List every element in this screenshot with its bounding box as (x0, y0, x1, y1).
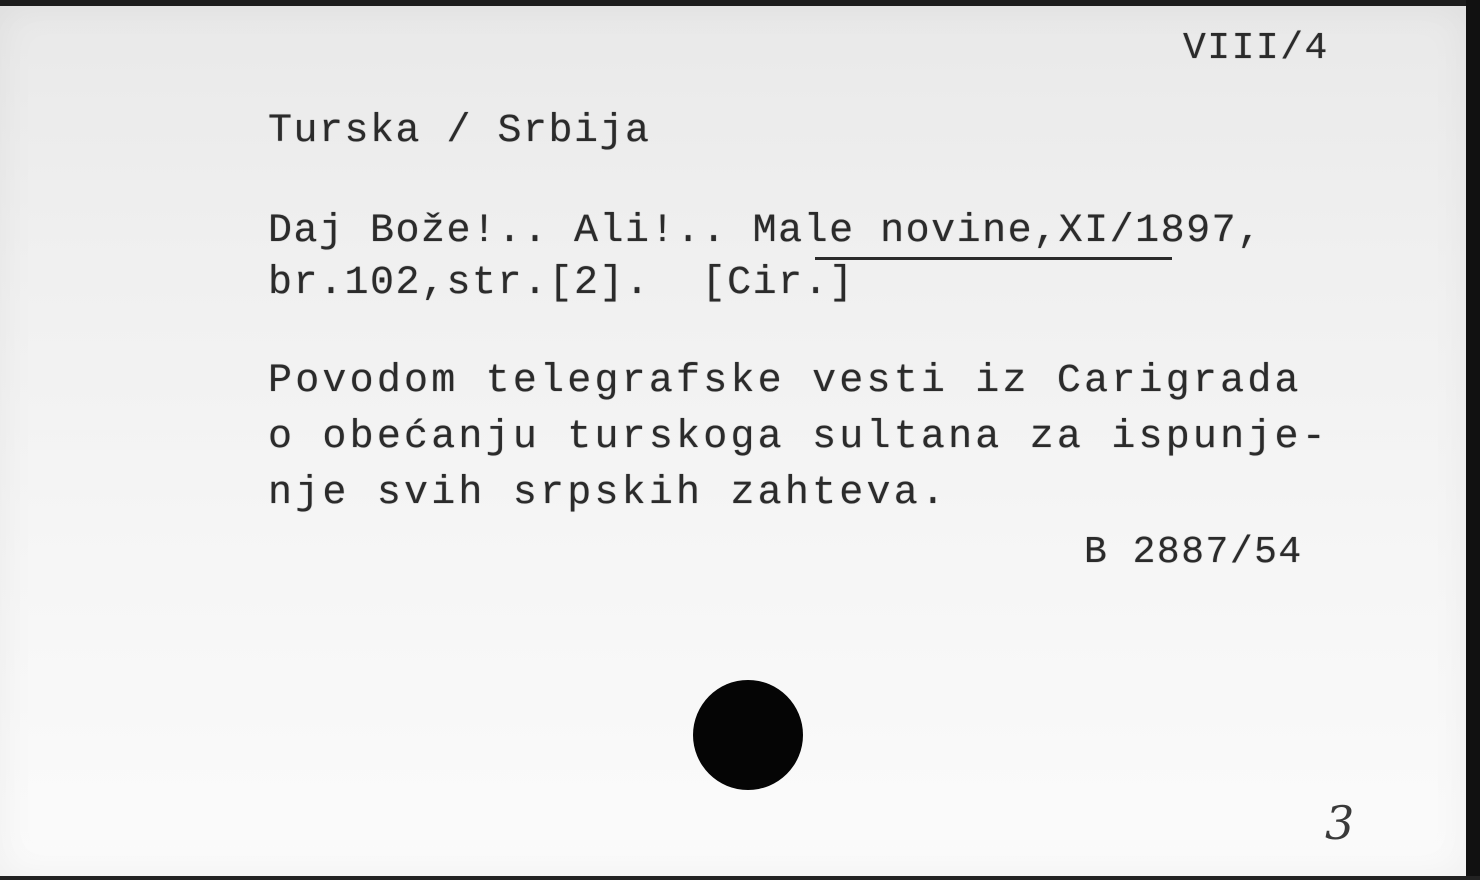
citation-line-2: br.102,str.[2]. [Cir.] (268, 264, 855, 304)
card-bottom-edge (0, 876, 1480, 880)
handwritten-card-number: 3 (1325, 800, 1354, 846)
punch-hole (693, 680, 803, 790)
title-underline (815, 257, 1172, 260)
card-right-edge (1466, 0, 1480, 880)
annotation-line-3: nje svih srpskih zahteva. (268, 474, 948, 514)
annotation-line-2: o obećanju turskoga sultana za ispunje- (268, 418, 1329, 458)
annotation-line-1: Povodom telegrafske vesti iz Carigrada (268, 362, 1302, 402)
call-number: VIII/4 (1183, 30, 1329, 68)
citation-line-1: Daj Bože!.. Ali!.. Male novine,XI/1897, (268, 212, 1263, 252)
subject-heading: Turska / Srbija (268, 112, 651, 152)
accession-number: B 2887/54 (1084, 534, 1303, 572)
